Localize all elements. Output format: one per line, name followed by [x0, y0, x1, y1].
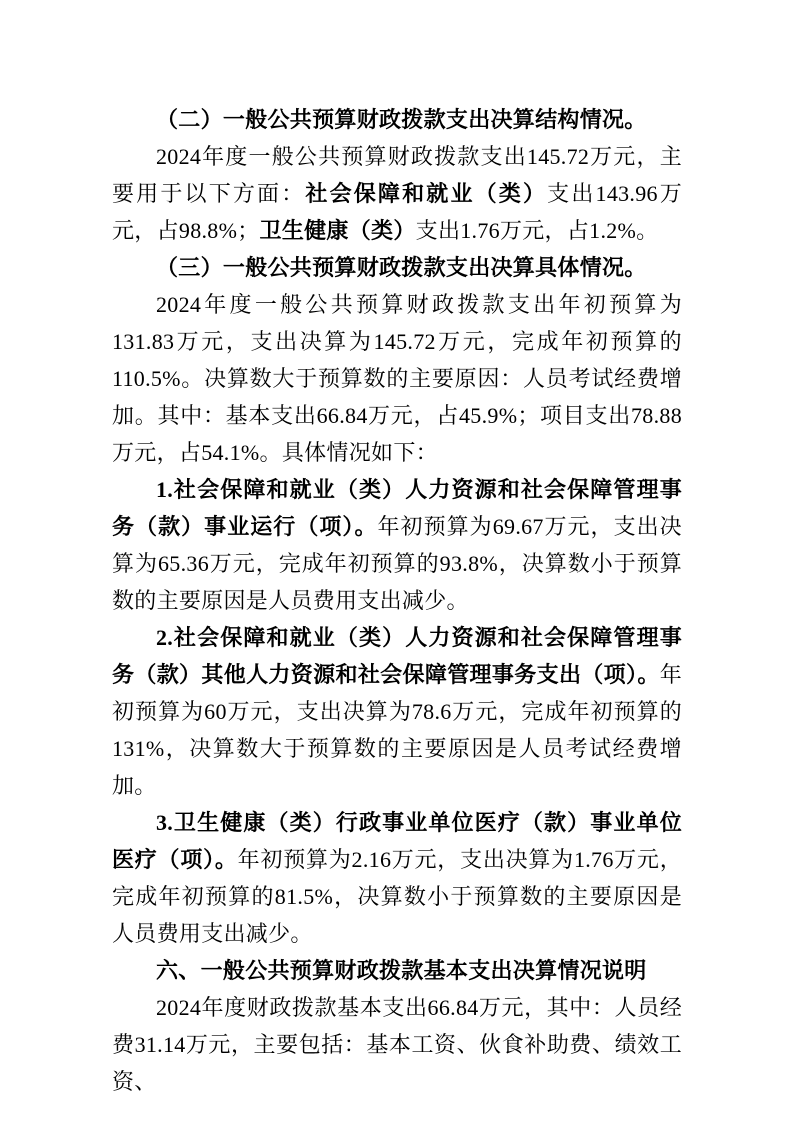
paragraph-basic-expenditure: 2024年度财政拨款基本支出66.84万元，其中：人员经费31.14万元，主要包… [112, 989, 682, 1100]
paragraph-item-1: 1.社会保障和就业（类）人力资源和社会保障管理事务（款）事业运行（项）。年初预算… [112, 471, 682, 619]
page-content: （二）一般公共预算财政拨款支出决算结构情况。 2024年度一般公共预算财政拨款支… [112, 101, 682, 1100]
section-heading-basic-expenditure: 六、一般公共预算财政拨款基本支出决算情况说明 [112, 952, 682, 989]
section-heading-structure: （二）一般公共预算财政拨款支出决算结构情况。 [112, 101, 682, 138]
text-run: 2024年度一般公共预算财政拨款支出年初预算为131.83万元，支出决算为145… [112, 292, 682, 465]
paragraph-budget-overview: 2024年度一般公共预算财政拨款支出年初预算为131.83万元，支出决算为145… [112, 286, 682, 471]
paragraph-item-3: 3.卫生健康（类）行政事业单位医疗（款）事业单位医疗（项）。年初预算为2.16万… [112, 804, 682, 952]
text-run-bold: 2.社会保障和就业（类）人力资源和社会保障管理事务（款）其他人力资源和社会保障管… [112, 625, 682, 687]
paragraph-structure-detail: 2024年度一般公共预算财政拨款支出145.72万元，主要用于以下方面：社会保障… [112, 138, 682, 249]
paragraph-item-2: 2.社会保障和就业（类）人力资源和社会保障管理事务（款）其他人力资源和社会保障管… [112, 619, 682, 804]
text-run: 2024年度财政拨款基本支出66.84万元，其中：人员经费31.14万元，主要包… [112, 995, 682, 1094]
document-page: （二）一般公共预算财政拨款支出决算结构情况。 2024年度一般公共预算财政拨款支… [0, 0, 793, 1122]
section-heading-specifics: （三）一般公共预算财政拨款支出决算具体情况。 [112, 249, 682, 286]
text-run-bold: 社会保障和就业（类） [305, 181, 547, 206]
text-run-bold: 卫生健康（类） [260, 218, 416, 243]
text-run: 支出1.76万元，占1.2%。 [416, 218, 659, 243]
